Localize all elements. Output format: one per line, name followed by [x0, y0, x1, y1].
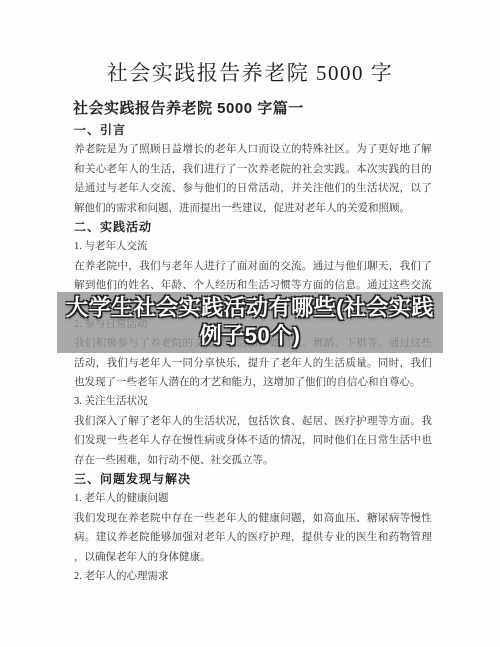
doc-line: 我们深入了解了老年人的生活状况，包括饮食、起居、医疗护理等方面。我 [74, 412, 432, 431]
document-body: 一、引言养老院是为了照顾日益增长的老年人口而设立的特殊社区。为了更好地了解和关心… [74, 121, 432, 586]
watermark-text-line1: 大学生社会实践活动有哪些(社会实践 [57, 294, 443, 322]
page-title: 社会实践报告养老院 5000 字 [0, 57, 500, 87]
watermark-text-line2: 例子50个) [57, 322, 443, 350]
doc-line: 2. 老年人的心理需求 [74, 567, 432, 586]
doc-line: 3. 关注生活状况 [74, 392, 432, 411]
doc-line: 活动，我们与老年人一同分享快乐，提升了老年人的生活质量。同时，我们 [74, 354, 432, 373]
document-page: 社会实践报告养老院 5000 字 社会实践报告养老院 5000 字篇一 一、引言… [0, 0, 500, 647]
doc-line: 病。建议养老院能够加强对老年人的医疗护理，提供专业的医生和药物管理 [74, 528, 432, 547]
doc-line: 解他们的需求和问题，进而提出一些建议，促进对老年人的关爱和照顾。 [74, 199, 432, 218]
doc-line: 是通过与老年人交流、参与他们的日常活动，并关注他们的生活状况，以了 [74, 179, 432, 198]
doc-line: 1. 与老年人交流 [74, 237, 432, 256]
doc-line: 们发现一些老年人存在慢性病或身体不适的情况，同时他们在日常生活中也 [74, 431, 432, 450]
page-subtitle: 社会实践报告养老院 5000 字篇一 [73, 97, 304, 118]
doc-heading-line: 三、问题发现与解决 [74, 470, 432, 489]
doc-line: 和关心老年人的生活，我们进行了一次养老院的社会实践。本次实践的目的 [74, 160, 432, 179]
doc-line: ，以确保老年人的身体健康。 [74, 548, 432, 567]
doc-line: 1. 老年人的健康问题 [74, 489, 432, 508]
doc-line: 养老院是为了照顾日益增长的老年人口而设立的特殊社区。为了更好地了解 [74, 140, 432, 159]
doc-heading-line: 一、引言 [74, 121, 432, 140]
doc-line: 也发现了一些老年人潜在的才艺和能力，这增加了他们的自信心和自尊心。 [74, 373, 432, 392]
watermark-overlay: 大学生社会实践活动有哪些(社会实践 例子50个) [57, 292, 443, 353]
doc-heading-line: 二、实践活动 [74, 218, 432, 237]
doc-line: 存在一些困难，如行动不便、社交孤立等。 [74, 451, 432, 470]
doc-line: 我们发现在养老院中存在一些老年人的健康问题，如高血压、糖尿病等慢性 [74, 509, 432, 528]
doc-line: 在养老院中，我们与老年人进行了面对面的交流。通过与他们聊天，我们了 [74, 257, 432, 276]
